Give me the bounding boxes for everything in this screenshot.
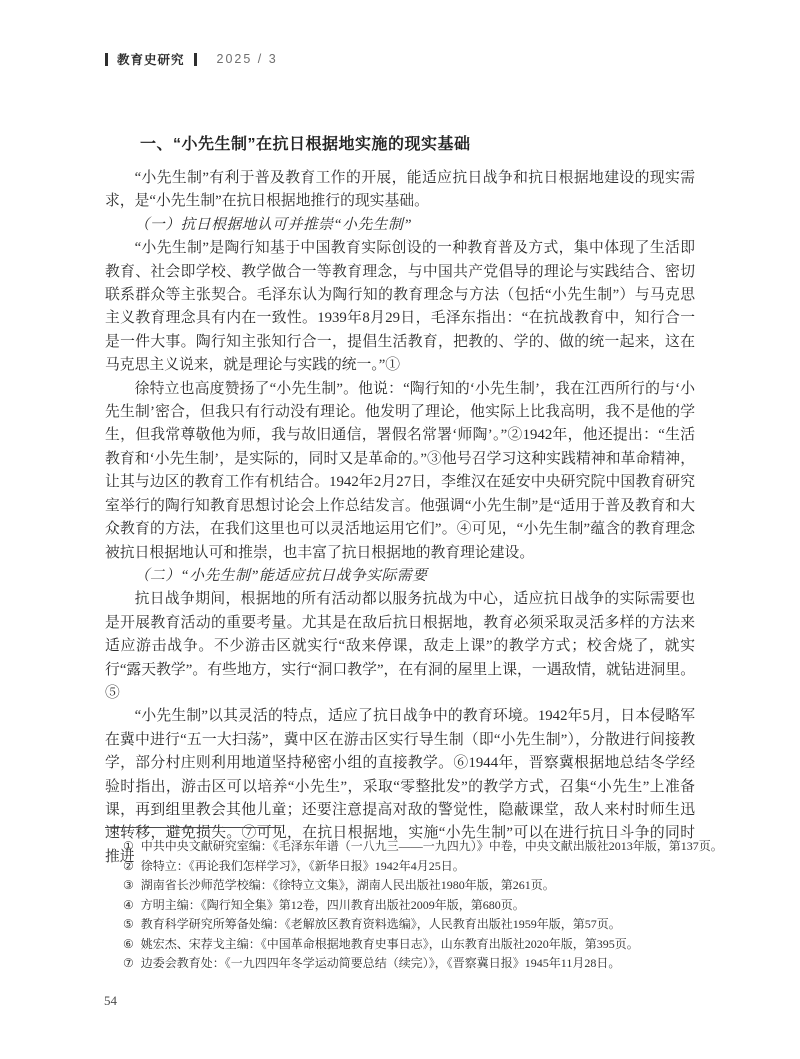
- section-title: 一、“小先生制”在抗日根据地实施的现实基础: [140, 131, 471, 154]
- footnote-marker: ⑤: [123, 915, 134, 935]
- footnote-marker: ⑦: [123, 954, 134, 974]
- paragraph: 徐特立也高度赞扬了“小先生制”。他说：“陶行知的‘小先生制’，我在江西所行的与‘…: [105, 378, 695, 565]
- footnote-item: ② 徐特立：《再论我们怎样学习》，《新华日报》1942年4月25日。: [105, 857, 705, 877]
- subheading-1: （一）抗日根据地认可并推崇“小先生制”: [105, 214, 695, 237]
- paragraph: “小先生制”有利于普及教育工作的开展，能适应抗日战争和抗日根据地建设的现实需求，…: [105, 167, 695, 214]
- footnote-item: ⑥ 姚宏杰、宋荐戈主编：《中国革命根据地教育史事日志》，山东教育出版社2020年…: [105, 935, 705, 955]
- header-right-bar-icon: [194, 53, 197, 66]
- journal-name: 教育史研究: [117, 50, 185, 68]
- footnote-text: 边委会教育处：《一九四四年冬学运动简要总结（续完）》，《晋察冀日报》1945年1…: [141, 954, 705, 974]
- header-left-bar-icon: [105, 53, 108, 66]
- footnote-marker: ③: [123, 876, 134, 896]
- footnote-marker: ②: [123, 857, 134, 877]
- footnote-divider: [105, 827, 281, 828]
- paragraph: 抗日战争期间，根据地的所有活动都以服务抗战为中心，适应抗日战争的实际需要也是开展…: [105, 588, 695, 705]
- footnote-section: ① 中共中央文献研究室编：《毛泽东年谱（一八九三——一九四九）》中卷，中央文献出…: [105, 827, 705, 974]
- article-body: “小先生制”有利于普及教育工作的开展，能适应抗日战争和抗日根据地建设的现实需求，…: [105, 167, 695, 869]
- issue-label: 2025 / 3: [217, 52, 278, 66]
- footnote-text: 教育科学研究所筹备处编：《老解放区教育资料选编》，人民教育出版社1959年版，第…: [141, 915, 705, 935]
- page-number: 54: [104, 993, 117, 1009]
- footnote-item: ① 中共中央文献研究室编：《毛泽东年谱（一八九三——一九四九）》中卷，中央文献出…: [105, 837, 705, 857]
- footnote-item: ③ 湖南省长沙师范学校编：《徐特立文集》，湖南人民出版社1980年版，第261页…: [105, 876, 705, 896]
- footnote-text: 姚宏杰、宋荐戈主编：《中国革命根据地教育史事日志》，山东教育出版社2020年版，…: [141, 935, 705, 955]
- running-head: 教育史研究 2025 / 3: [105, 50, 278, 68]
- subheading-2: （二）“小先生制”能适应抗日战争实际需要: [105, 565, 695, 588]
- footnote-item: ⑤ 教育科学研究所筹备处编：《老解放区教育资料选编》，人民教育出版社1959年版…: [105, 915, 705, 935]
- paragraph: “小先生制”是陶行知基于中国教育实际创设的一种教育普及方式，集中体现了生活即教育…: [105, 237, 695, 377]
- footnote-item: ④ 方明主编：《陶行知全集》第12卷，四川教育出版社2009年版，第680页。: [105, 896, 705, 916]
- footnote-text: 徐特立：《再论我们怎样学习》，《新华日报》1942年4月25日。: [141, 857, 705, 877]
- footnote-text: 湖南省长沙师范学校编：《徐特立文集》，湖南人民出版社1980年版，第261页。: [141, 876, 705, 896]
- footnote-text: 方明主编：《陶行知全集》第12卷，四川教育出版社2009年版，第680页。: [141, 896, 705, 916]
- journal-page: 教育史研究 2025 / 3 一、“小先生制”在抗日根据地实施的现实基础 “小先…: [0, 0, 800, 1059]
- footnote-marker: ①: [123, 837, 134, 857]
- footnote-marker: ⑥: [123, 935, 134, 955]
- footnote-marker: ④: [123, 896, 134, 916]
- footnote-text: 中共中央文献研究室编：《毛泽东年谱（一八九三——一九四九）》中卷，中央文献出版社…: [141, 837, 723, 857]
- footnote-item: ⑦ 边委会教育处：《一九四四年冬学运动简要总结（续完）》，《晋察冀日报》1945…: [105, 954, 705, 974]
